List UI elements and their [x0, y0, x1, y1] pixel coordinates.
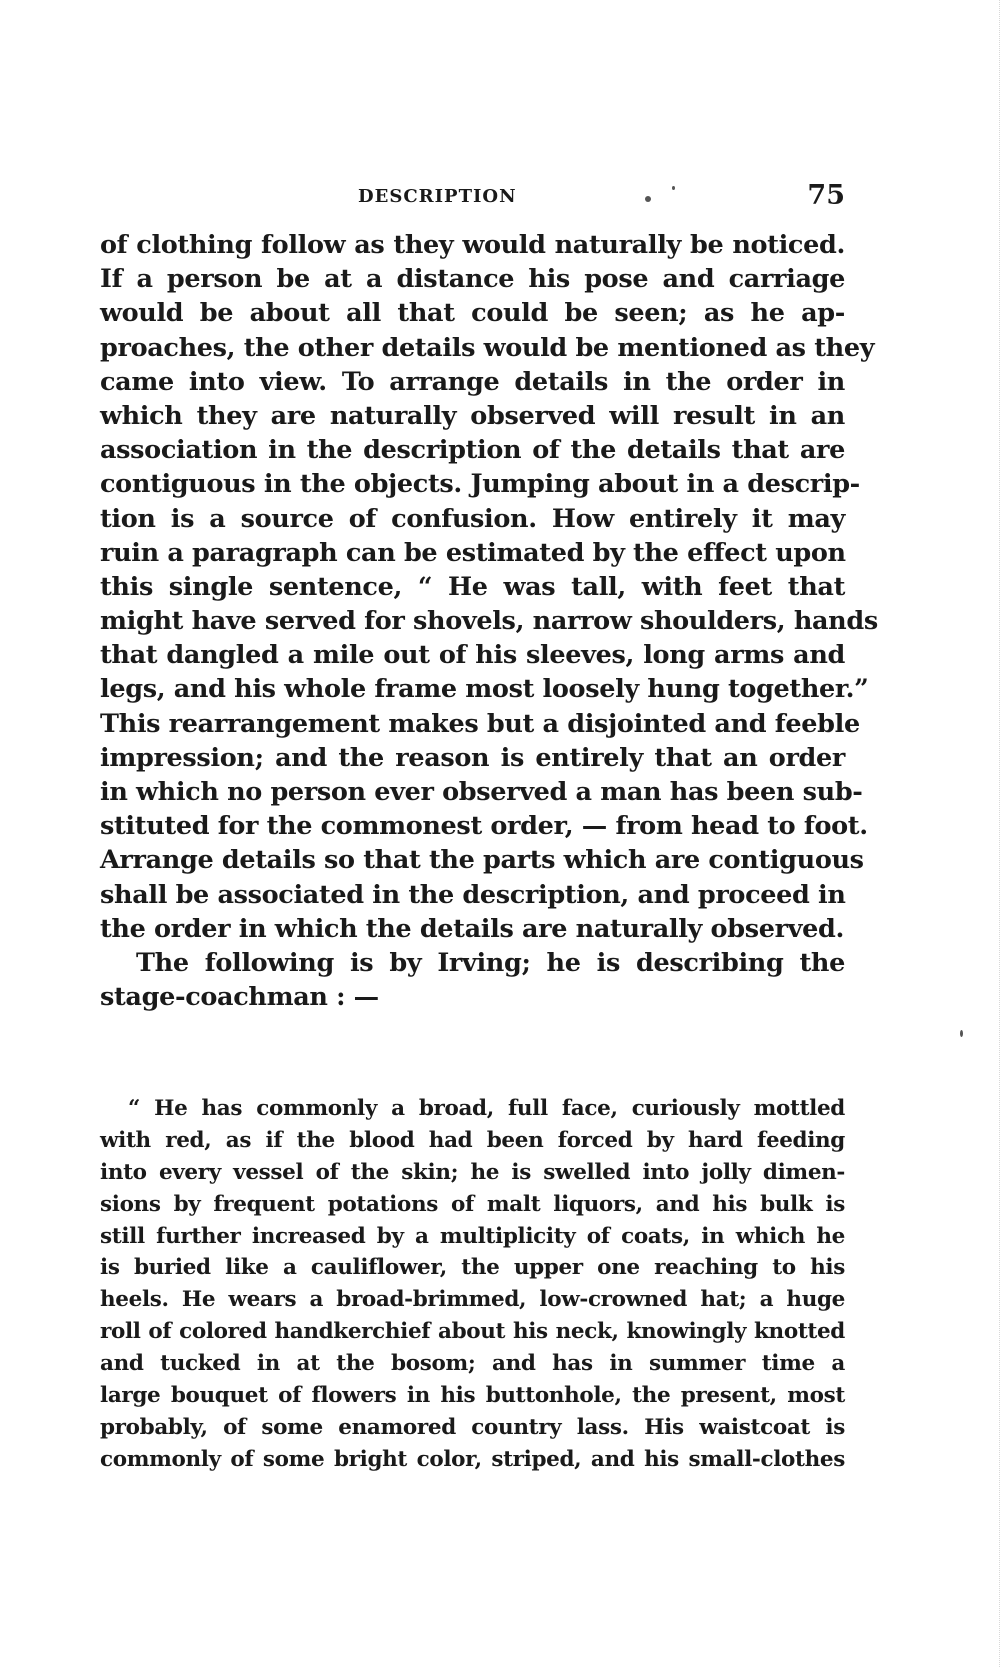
text-line: the order in which the details are natur…: [100, 912, 845, 946]
text-line: association in the description of the de…: [100, 433, 845, 467]
ink-speck: [960, 1030, 963, 1037]
quote-line: into every vessel of the skin; he is swe…: [100, 1157, 845, 1189]
scan-edge-noise: [940, 0, 1000, 1667]
text-line: The following is by Irving; he is descri…: [100, 946, 845, 980]
quote-line: large bouquet of flowers in his buttonho…: [100, 1380, 845, 1412]
text-line: this single sentence, “ He was tall, wit…: [100, 570, 845, 604]
quote-line: and tucked in at the bosom; and has in s…: [100, 1348, 845, 1380]
quote-line: probably, of some enamored country lass.…: [100, 1412, 845, 1444]
book-page: DESCRIPTION 75 of clothing follow as the…: [0, 0, 1000, 1667]
text-line: This rearrangement makes but a disjointe…: [100, 707, 845, 741]
text-line: which they are naturally observed will r…: [100, 399, 845, 433]
text-line: Arrange details so that the parts which …: [100, 843, 845, 877]
block-quote: “ He has commonly a broad, full face, cu…: [100, 1093, 845, 1476]
quote-line: is buried like a cauliflower, the upper …: [100, 1252, 845, 1284]
quote-line: with red, as if the blood had been force…: [100, 1125, 845, 1157]
ink-speck: [645, 196, 651, 202]
text-line: legs, and his whole frame most loosely h…: [100, 672, 845, 706]
text-line: might have served for shovels, narrow sh…: [100, 604, 845, 638]
text-line: contiguous in the objects. Jumping about…: [100, 467, 845, 501]
body-paragraphs: of clothing follow as they would natural…: [100, 228, 845, 1014]
text-line: stage-coachman : —: [100, 980, 845, 1014]
text-line: stituted for the commonest order, — from…: [100, 809, 845, 843]
text-line: would be about all that could be seen; a…: [100, 296, 845, 330]
quote-line: still further increased by a multiplicit…: [100, 1221, 845, 1253]
text-line: tion is a source of confusion. How entir…: [100, 502, 845, 536]
quote-line: heels. He wears a broad-brimmed, low-cro…: [100, 1284, 845, 1316]
ink-speck: [672, 186, 675, 190]
text-line: proaches, the other details would be men…: [100, 331, 845, 365]
quote-line: “ He has commonly a broad, full face, cu…: [100, 1093, 845, 1125]
text-line: that dangled a mile out of his sleeves, …: [100, 638, 845, 672]
text-line: ruin a paragraph can be estimated by the…: [100, 536, 845, 570]
text-line: impression; and the reason is entirely t…: [100, 741, 845, 775]
page-number: 75: [807, 180, 845, 211]
quote-line: commonly of some bright color, striped, …: [100, 1444, 845, 1476]
text-line: of clothing follow as they would natural…: [100, 228, 845, 262]
text-line: If a person be at a distance his pose an…: [100, 262, 845, 296]
text-line: in which no person ever observed a man h…: [100, 775, 845, 809]
quote-line: roll of colored handkerchief about his n…: [100, 1316, 845, 1348]
running-head: DESCRIPTION: [358, 186, 517, 207]
page-header: DESCRIPTION 75: [100, 186, 845, 216]
text-line: came into view. To arrange details in th…: [100, 365, 845, 399]
quote-line: sions by frequent potations of malt liqu…: [100, 1189, 845, 1221]
text-line: shall be associated in the description, …: [100, 878, 845, 912]
